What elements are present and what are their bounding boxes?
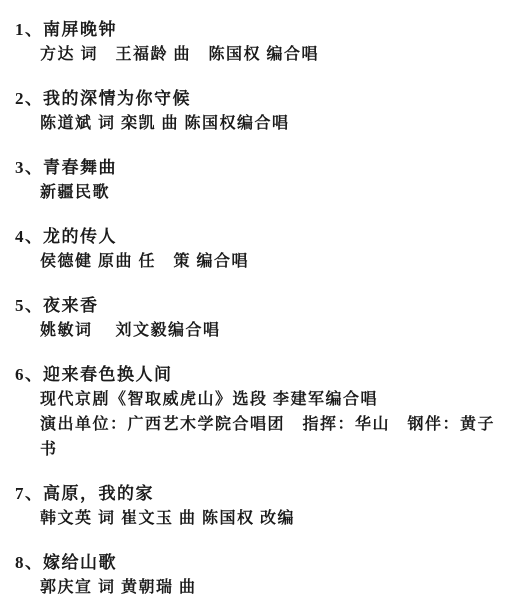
program-item: 3、青春舞曲 新疆民歌 [15,155,510,205]
song-title-line: 8、嫁给山歌 [15,550,510,575]
program-item: 4、龙的传人 侯德健 原曲 任 策 编合唱 [15,224,510,274]
item-number: 5、 [15,293,43,318]
item-number: 1、 [15,17,43,42]
song-title: 龙的传人 [43,227,117,246]
song-title-line: 6、迎来春色换人间 [15,362,510,387]
credit-line: 新疆民歌 [40,180,510,205]
song-title: 嫁给山歌 [43,553,117,572]
song-title-line: 4、龙的传人 [15,224,510,249]
program-item: 8、嫁给山歌 郭庆宣 词 黄朝瑞 曲 [15,550,510,600]
credit-line: 姚敏词 刘文毅编合唱 [40,318,510,343]
song-title-line: 5、夜来香 [15,293,510,318]
item-number: 4、 [15,224,43,249]
item-number: 2、 [15,86,43,111]
song-title-line: 7、高原，我的家 [15,481,510,506]
item-number: 6、 [15,362,43,387]
song-title: 我的深情为你守候 [43,89,191,108]
song-title: 高原，我的家 [43,484,154,503]
concert-program-list: 1、南屏晚钟 方达 词 王福龄 曲 陈国权 编合唱 2、我的深情为你守候 陈道斌… [0,0,520,600]
credit-line: 演出单位：广西艺木学院合唱团 指挥：华山 钢伴：黄子书 [40,412,510,462]
program-item: 6、迎来春色换人间 现代京剧《智取威虎山》选段 李建军编合唱 演出单位：广西艺木… [15,362,510,462]
program-item: 1、南屏晚钟 方达 词 王福龄 曲 陈国权 编合唱 [15,17,510,67]
credit-line: 韩文英 词 崔文玉 曲 陈国权 改编 [40,506,510,531]
song-title: 夜来香 [43,296,99,315]
song-title: 迎来春色换人间 [43,365,173,384]
program-item: 7、高原，我的家 韩文英 词 崔文玉 曲 陈国权 改编 [15,481,510,531]
song-title-line: 3、青春舞曲 [15,155,510,180]
item-number: 7、 [15,481,43,506]
credit-line: 侯德健 原曲 任 策 编合唱 [40,249,510,274]
credit-line: 方达 词 王福龄 曲 陈国权 编合唱 [40,42,510,67]
program-item: 2、我的深情为你守候 陈道斌 词 栾凯 曲 陈国权编合唱 [15,86,510,136]
program-item: 5、夜来香 姚敏词 刘文毅编合唱 [15,293,510,343]
credit-line: 郭庆宣 词 黄朝瑞 曲 [40,575,510,600]
credit-line: 陈道斌 词 栾凯 曲 陈国权编合唱 [40,111,510,136]
song-title: 南屏晚钟 [43,20,117,39]
item-number: 8、 [15,550,43,575]
song-title-line: 2、我的深情为你守候 [15,86,510,111]
song-title: 青春舞曲 [43,158,117,177]
song-title-line: 1、南屏晚钟 [15,17,510,42]
credit-line: 现代京剧《智取威虎山》选段 李建军编合唱 [40,387,510,412]
item-number: 3、 [15,155,43,180]
